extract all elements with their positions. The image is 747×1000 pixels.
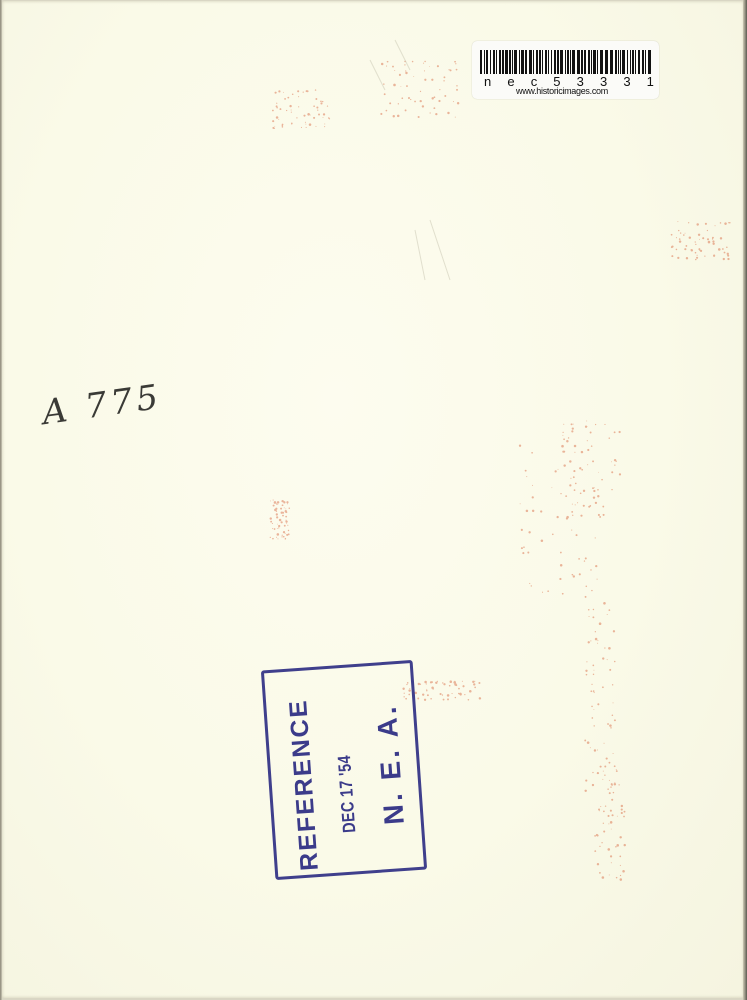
stamp-agency: N. E. A. bbox=[371, 703, 411, 826]
stamp-reference-text: REFERENCE bbox=[284, 698, 325, 872]
reference-stamp: REFERENCE DEC 17 '54 N. E. A. bbox=[261, 660, 427, 880]
stamp-date: DEC 17 '54 bbox=[334, 754, 360, 833]
barcode-label: n e c 5 3 3 3 1 www.historicimages.com bbox=[472, 41, 659, 99]
paper-right-edge bbox=[743, 0, 747, 1000]
barcode-url: www.historicimages.com bbox=[516, 86, 608, 96]
